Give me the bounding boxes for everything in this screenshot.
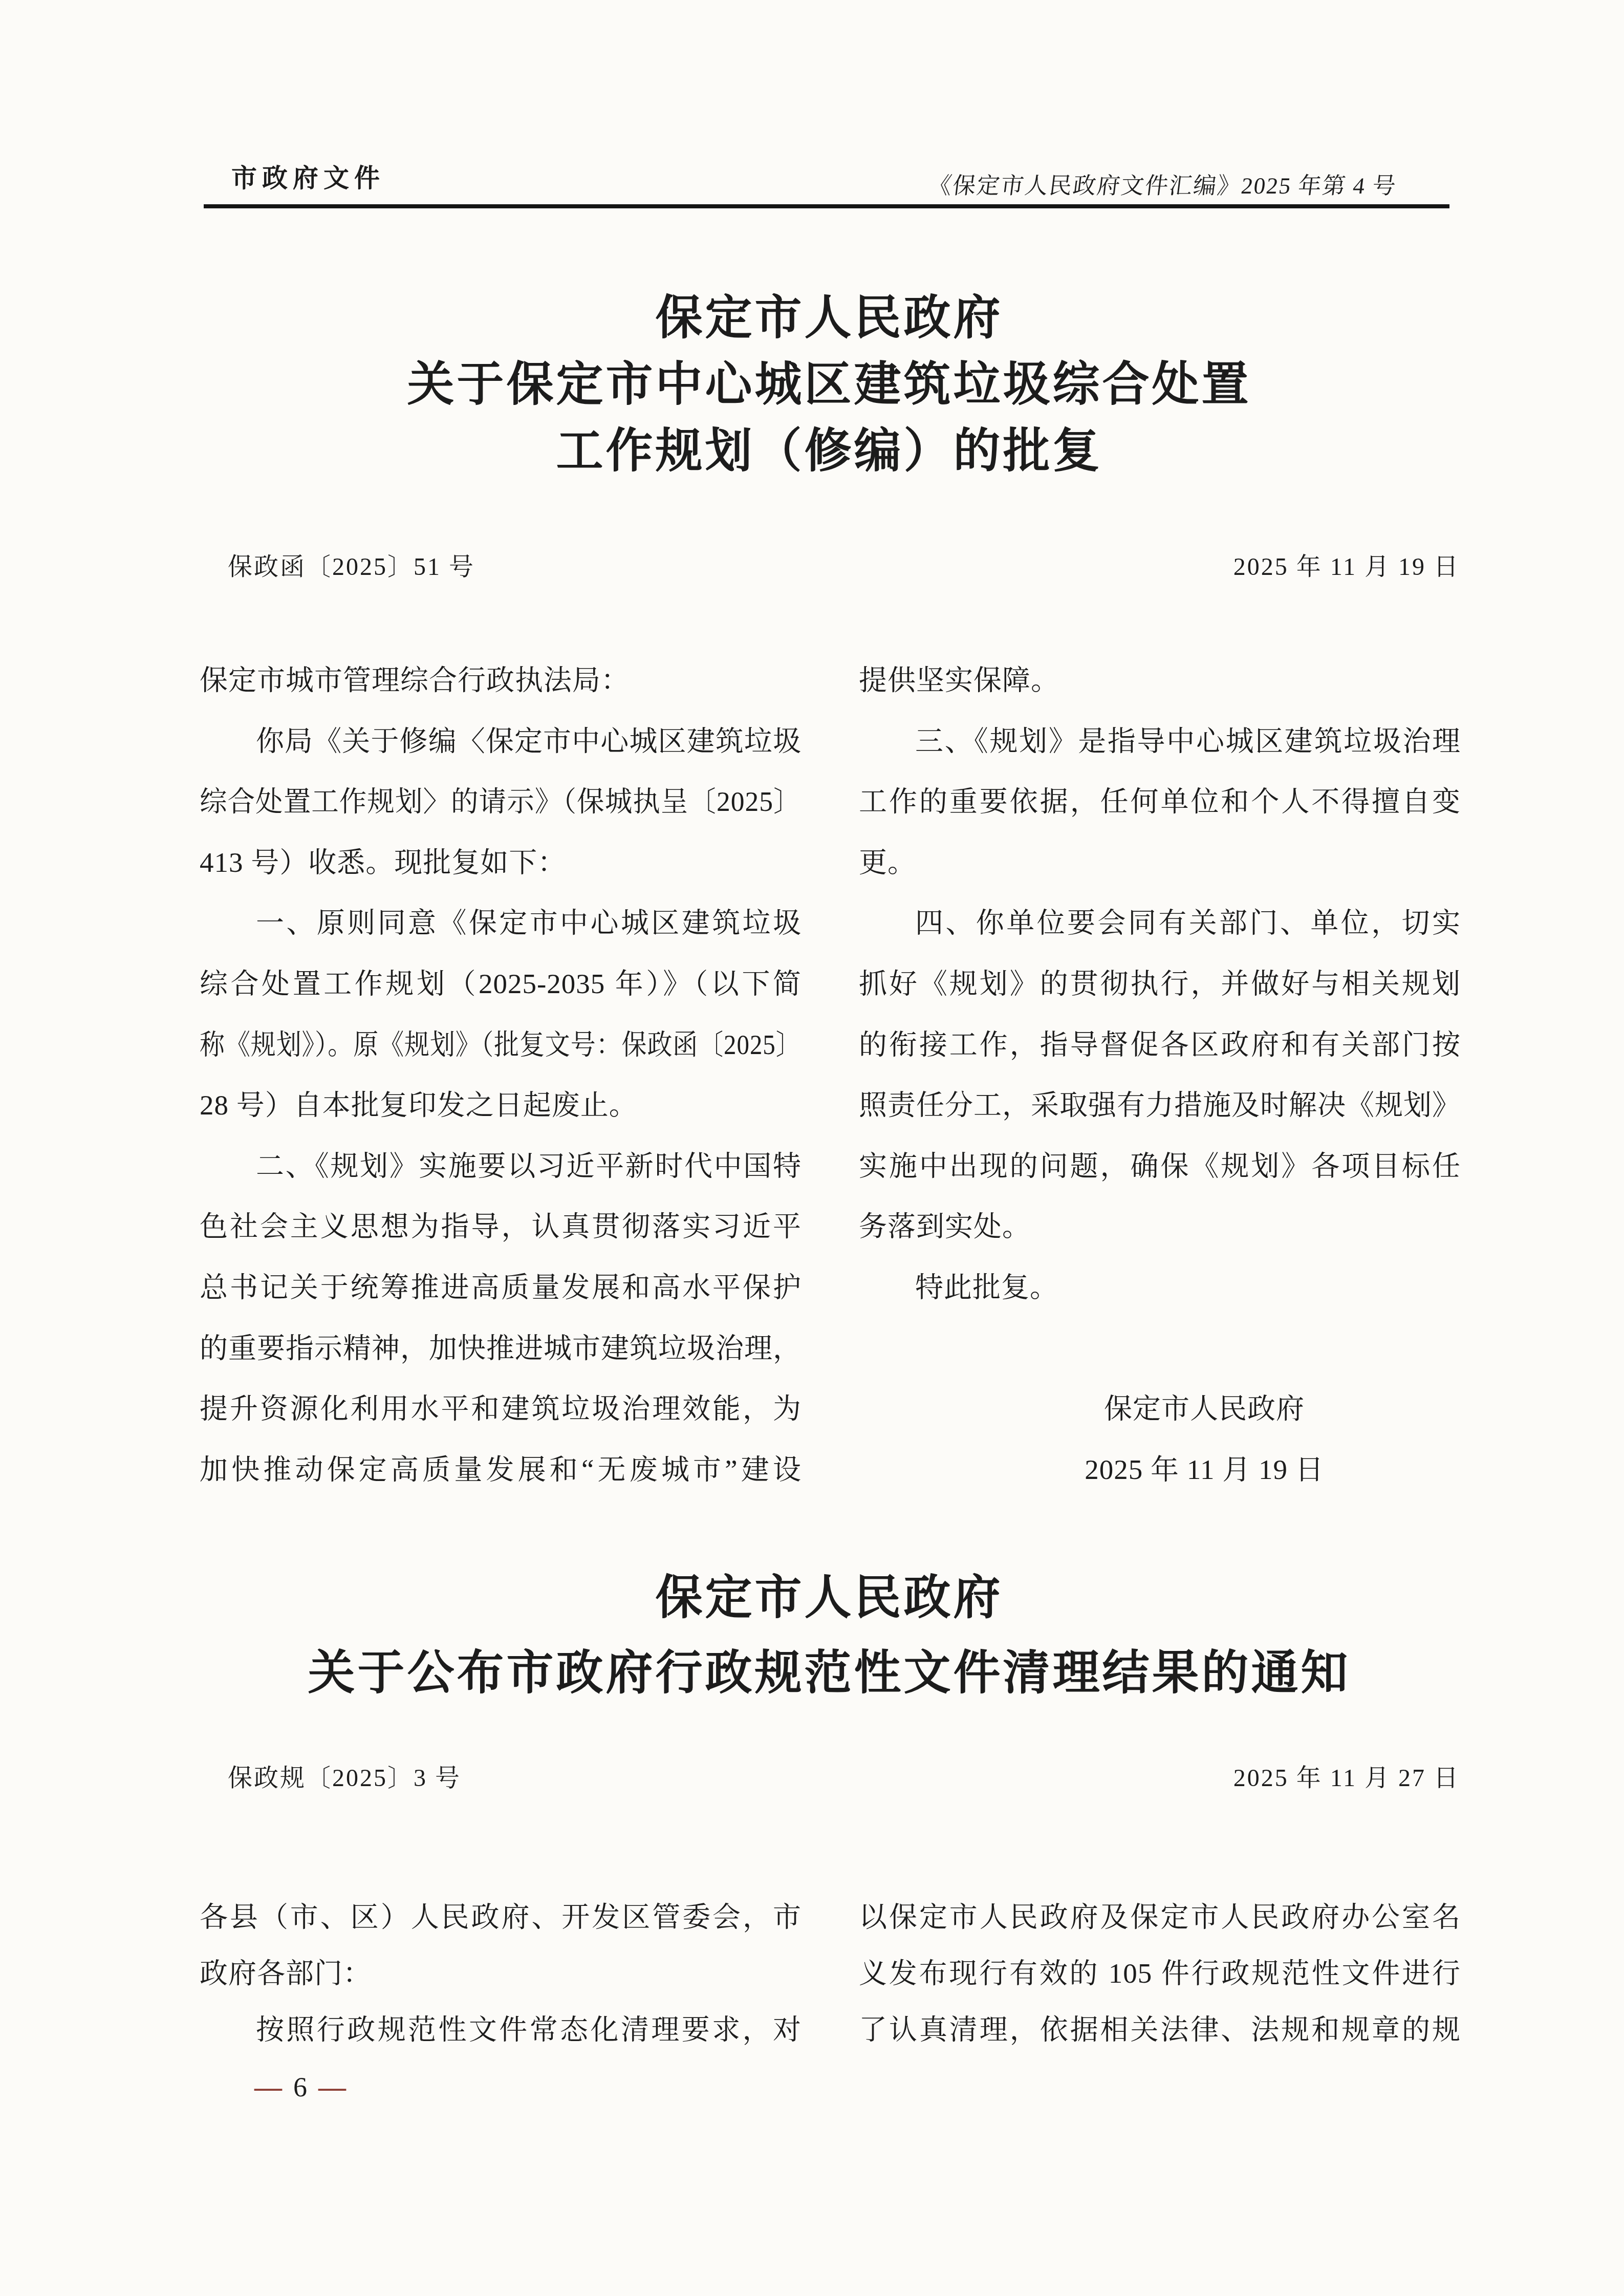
header-section-label: 市政府文件: [231, 158, 385, 195]
doc1-right-line: 照责任分工，采取强有力措施及时解决《规划》: [859, 1075, 1461, 1136]
doc2-document-date: 2025 年 11 月 27 日: [1233, 1758, 1460, 1793]
doc1-left-line: 你局《关于修编〈保定市中心城区建筑垃圾: [200, 711, 802, 772]
doc2-meta-row: 保政规〔2025〕3 号 2025 年 11 月 27 日: [200, 1758, 1460, 1793]
page-number-dash-left: —: [254, 2072, 286, 2102]
page-number-dash-right: —: [318, 2072, 350, 2102]
doc1-left-line: 加快推动保定高质量发展和“无废城市”建设: [200, 1440, 802, 1500]
doc1-left-line: 综合处置工作规划〉的请示》（保城执呈〔2025〕: [200, 771, 786, 832]
doc2-title-line-2: 关于公布市政府行政规范性文件清理结果的通知: [200, 1636, 1459, 1711]
doc2-document-number: 保政规〔2025〕3 号: [228, 1758, 461, 1793]
page-number-value: 6: [286, 2072, 318, 2102]
doc1-right-line: 抓好《规划》的贯彻执行，并做好与相关规划: [859, 954, 1461, 1015]
doc2-left-line: 按照行政规范性文件常态化清理要求，对: [200, 2002, 802, 2058]
doc2-left-line: 各县（市、区）人民政府、开发区管委会，市: [200, 1889, 802, 1945]
doc1-right-column: 提供坚实保障。 三、《规划》是指导中心城区建筑垃圾治理 工作的重要依据，任何单位…: [859, 650, 1461, 1500]
doc1-title: 保定市人民政府 关于保定市中心城区建筑垃圾综合处置 工作规划（修编）的批复: [200, 285, 1459, 484]
doc1-right-line: 工作的重要依据，任何单位和个人不得擅自变: [859, 771, 1461, 832]
doc1-right-line: 务落到实处。: [859, 1196, 1461, 1257]
doc1-left-line: 28 号）自本批复印发之日起废止。: [200, 1075, 802, 1136]
scanned-document-page: 市政府文件 《保定市人民政府文件汇编》2025 年第 4 号 保定市人民政府 关…: [0, 0, 1624, 2296]
doc1-signature: 保定市人民政府: [966, 1379, 1442, 1440]
doc1-right-line: 的衔接工作，指导督促各区政府和有关部门按: [859, 1015, 1461, 1076]
doc2-right-line: 了认真清理，依据相关法律、法规和规章的规: [859, 2002, 1461, 2058]
doc1-title-line-3: 工作规划（修编）的批复: [200, 418, 1459, 484]
doc1-left-line: 总书记关于统筹推进高质量发展和高水平保护: [200, 1257, 802, 1318]
doc1-left-line: 保定市城市管理综合行政执法局：: [200, 650, 802, 711]
doc2-title: 保定市人民政府 关于公布市政府行政规范性文件清理结果的通知: [200, 1560, 1459, 1711]
header-rule: [204, 204, 1449, 208]
doc1-meta-row: 保政函〔2025〕51 号 2025 年 11 月 19 日: [200, 547, 1460, 582]
doc1-title-line-1: 保定市人民政府: [200, 285, 1459, 351]
doc1-signature-date: 2025 年 11 月 19 日: [966, 1440, 1442, 1500]
doc2-left-column: 各县（市、区）人民政府、开发区管委会，市 政府各部门： 按照行政规范性文件常态化…: [200, 1889, 802, 2058]
blank-line: [859, 1318, 1461, 1379]
doc1-document-number: 保政函〔2025〕51 号: [228, 547, 475, 582]
doc1-left-line: 413 号）收悉。现批复如下：: [200, 832, 802, 893]
doc1-right-line: 四、你单位要会同有关部门、单位，切实: [859, 893, 1461, 954]
page-number: —6—: [254, 2071, 350, 2103]
doc1-right-line: 特此批复。: [859, 1257, 1461, 1318]
doc2-right-line: 义发布现行有效的 105 件行政规范性文件进行: [859, 1945, 1461, 2002]
doc1-right-line: 提供坚实保障。: [859, 650, 1461, 711]
doc1-right-line: 更。: [859, 832, 1461, 893]
doc2-right-line: 以保定市人民政府及保定市人民政府办公室名: [859, 1889, 1461, 1945]
doc1-left-line: 色社会主义思想为指导，认真贯彻落实习近平: [200, 1196, 802, 1257]
doc1-left-line: 的重要指示精神，加快推进城市建筑垃圾治理，: [200, 1318, 802, 1379]
doc2-right-column: 以保定市人民政府及保定市人民政府办公室名 义发布现行有效的 105 件行政规范性…: [859, 1889, 1461, 2058]
doc1-left-line: 一、原则同意《保定市中心城区建筑垃圾: [200, 893, 802, 954]
doc1-left-column: 保定市城市管理综合行政执法局： 你局《关于修编〈保定市中心城区建筑垃圾 综合处置…: [200, 650, 802, 1500]
doc1-right-line: 三、《规划》是指导中心城区建筑垃圾治理: [859, 711, 1461, 772]
doc2-left-line: 政府各部门：: [200, 1945, 802, 2002]
header-compilation-label: 《保定市人民政府文件汇编》2025 年第 4 号: [927, 167, 1399, 200]
doc1-right-line: 实施中出现的问题，确保《规划》各项目标任: [859, 1136, 1461, 1197]
doc2-title-line-1: 保定市人民政府: [200, 1560, 1459, 1636]
doc1-left-line: 称《规划》）。原《规划》（批复文号：保政函〔2025〕: [200, 1015, 736, 1076]
doc1-left-line: 二、《规划》实施要以习近平新时代中国特: [200, 1136, 802, 1197]
doc1-document-date: 2025 年 11 月 19 日: [1233, 547, 1460, 582]
doc1-left-line: 综合处置工作规划（2025-2035 年）》（以下简: [200, 954, 802, 1015]
doc1-left-line: 提升资源化利用水平和建筑垃圾治理效能，为: [200, 1379, 802, 1440]
doc1-title-line-2: 关于保定市中心城区建筑垃圾综合处置: [200, 351, 1459, 418]
